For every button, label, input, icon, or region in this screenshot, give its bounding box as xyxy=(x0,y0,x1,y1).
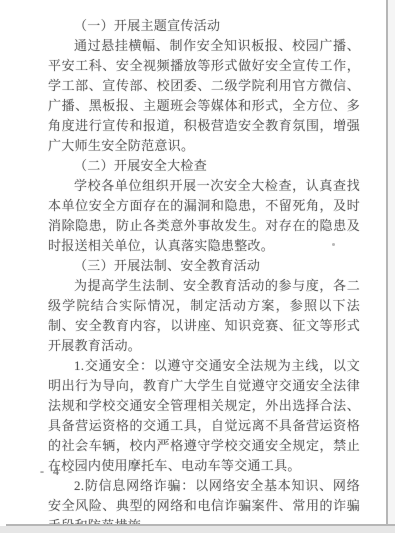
scanned-document-page: （一）开展主题宣传活动 通过悬挂横幅、制作安全知识板报、校园广播、平安工科、安全… xyxy=(0,0,395,533)
page-right-edge xyxy=(386,0,388,526)
scan-margin-bottom xyxy=(0,526,395,533)
section-heading-3: （三）开展法制、安全教育活动 xyxy=(48,256,360,276)
paragraph-publicity: 通过悬挂横幅、制作安全知识板报、校园广播、平安工科、安全视频播放等形式做好安全宣… xyxy=(48,36,360,156)
scan-margin-right xyxy=(388,0,395,526)
scan-artifact-dot xyxy=(332,243,335,246)
section-heading-2: （二）开展安全大检查 xyxy=(48,156,360,176)
paragraph-inspection: 学校各单位组织开展一次安全大检查，认真查找本单位安全方面存在的漏洞和隐患，不留死… xyxy=(48,176,360,256)
page-number: - 4 - xyxy=(40,464,75,479)
page-bottom-edge xyxy=(6,524,395,526)
paragraph-education-plan: 为提高学生法制、安全教育活动的参与度，各二级学院结合实际情况，制定活动方案，参照… xyxy=(48,276,360,356)
section-heading-1: （一）开展主题宣传活动 xyxy=(48,16,360,36)
paragraph-traffic-safety: 1.交通安全：以遵守交通安全法规为主线，以文明出行为导向，教育广大学生自觉遵守交… xyxy=(48,356,360,476)
document-body: （一）开展主题宣传活动 通过悬挂横幅、制作安全知识板报、校园广播、平安工科、安全… xyxy=(48,16,360,533)
